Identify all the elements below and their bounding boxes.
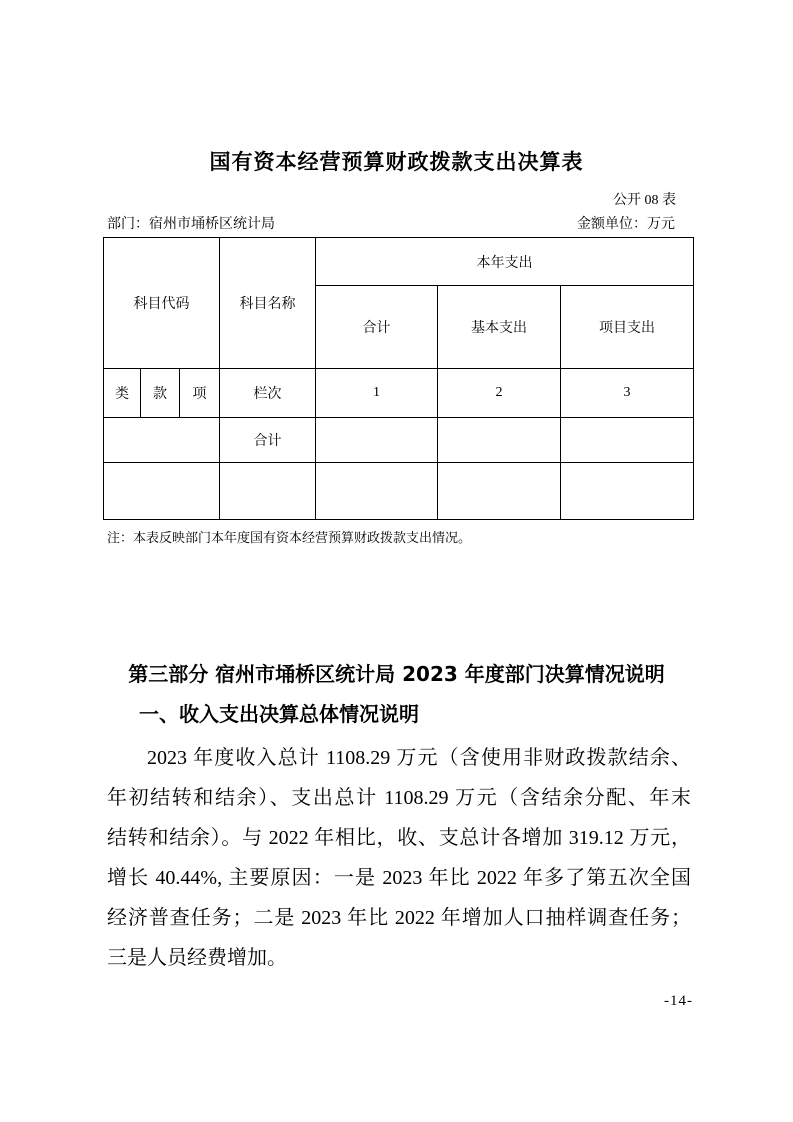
page-number: -14- <box>664 993 693 1010</box>
table-note: 注：本表反映部门本年度国有资本经营预算财政拨款支出情况。 <box>107 527 471 546</box>
header-current-year-expenditure: 本年支出 <box>316 238 694 286</box>
table-row: 合计 <box>104 418 694 463</box>
cell-total <box>316 463 438 520</box>
cell-total <box>316 418 438 463</box>
header-column-row-label: 栏次 <box>220 369 316 418</box>
budget-expenditure-table: 科目代码 科目名称 本年支出 合计 基本支出 项目支出 类 款 项 栏次 1 2… <box>103 237 694 520</box>
amount-unit-label: 金额单位：万元 <box>577 213 675 233</box>
department-label: 部门：宿州市埇桥区统计局 <box>107 213 275 233</box>
header-basic-expenditure: 基本支出 <box>438 286 561 369</box>
header-project-expenditure: 项目支出 <box>561 286 694 369</box>
header-col-no-2: 2 <box>438 369 561 418</box>
cell-code <box>104 418 220 463</box>
cell-basic <box>438 418 561 463</box>
cell-name <box>220 463 316 520</box>
header-subject-name: 科目名称 <box>220 238 316 369</box>
header-item: 款 <box>141 369 180 418</box>
body-line: 2023 年度收入总计 1108.29 万元（含使用非财政拨款结余、 <box>107 738 691 778</box>
body-line: 三是人员经费增加。 <box>107 938 691 978</box>
header-col-no-1: 1 <box>316 369 438 418</box>
table-row <box>104 463 694 520</box>
header-subject-code: 科目代码 <box>104 238 220 369</box>
section-heading-part3: 第三部分 宿州市埇桥区统计局 2023 年度部门决算情况说明 <box>0 658 793 687</box>
body-line: 结转和结余）。与 2022 年相比，收、支总计各增加 319.12 万元， <box>107 818 691 858</box>
header-category: 类 <box>104 369 141 418</box>
cell-project <box>561 418 694 463</box>
cell-project <box>561 463 694 520</box>
body-line: 增长 40.44%, 主要原因：一是 2023 年比 2022 年多了第五次全国 <box>107 858 691 898</box>
body-line: 年初结转和结余）、支出总计 1108.29 万元（含结余分配、年末 <box>107 778 691 818</box>
header-col-no-3: 3 <box>561 369 694 418</box>
subsection-heading-income-expenditure: 一、收入支出决算总体情况说明 <box>139 698 419 727</box>
table-row: 类 款 项 栏次 1 2 3 <box>104 369 694 418</box>
table-row: 科目代码 科目名称 本年支出 <box>104 238 694 286</box>
body-paragraph: 2023 年度收入总计 1108.29 万元（含使用非财政拨款结余、 年初结转和… <box>107 738 691 978</box>
header-total: 合计 <box>316 286 438 369</box>
cell-basic <box>438 463 561 520</box>
body-line: 经济普查任务；二是 2023 年比 2022 年增加人口抽样调查任务； <box>107 898 691 938</box>
document-page: 国有资本经营预算财政拨款支出决算表 公开 08 表 部门：宿州市埇桥区统计局 金… <box>0 0 793 1122</box>
cell-name: 合计 <box>220 418 316 463</box>
header-sub-item: 项 <box>180 369 220 418</box>
cell-code <box>104 463 220 520</box>
document-title: 国有资本经营预算财政拨款支出决算表 <box>0 146 793 176</box>
form-code-label: 公开 08 表 <box>613 189 676 209</box>
